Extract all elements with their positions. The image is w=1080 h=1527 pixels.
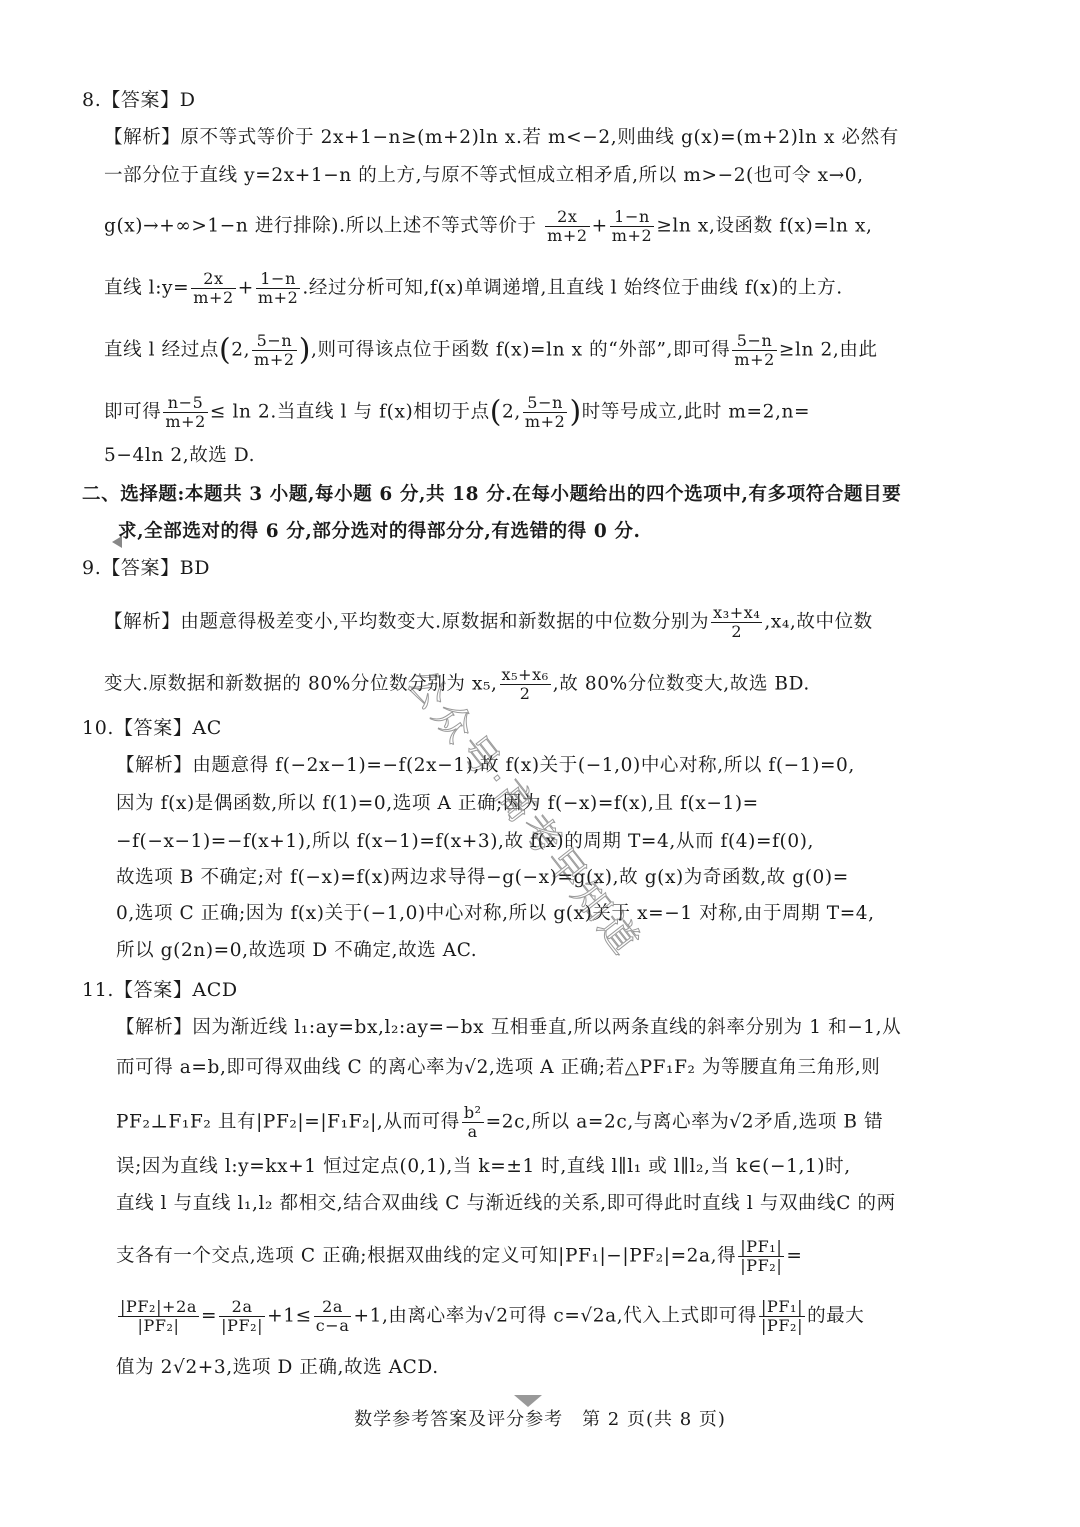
q10-analysis-line-2: 因为 f(x)是偶函数,所以 f(1)=0,选项 A 正确;因为 f(−x)=f… — [116, 790, 759, 818]
q9-answer: 9.【答案】BD — [82, 554, 210, 582]
q10-analysis-line-5: 0,选项 C 正确;因为 f(x)关于(−1,0)中心对称,所以 g(x)关于 … — [116, 900, 875, 928]
fraction: 5−nm+2 — [732, 332, 777, 369]
fraction: 2xm+2 — [545, 208, 590, 245]
fraction: 1−nm+2 — [610, 208, 655, 245]
q8-analysis-line-5: 直线 l 经过点(2,5−nm+2),则可得该点位于函数 f(x)=ln x 的… — [104, 332, 878, 369]
fraction: x₃+x₄2 — [711, 604, 762, 641]
q11-analysis-line-3: PF₂⊥F₁F₂ 且有|PF₂|=|F₁F₂|,从而可得b²a=2c,所以 a=… — [116, 1104, 883, 1141]
q10-analysis-line-3: −f(−x−1)=−f(x+1),所以 f(x−1)=f(x+3),故 f(x)… — [116, 828, 814, 856]
q10-analysis-line-6: 所以 g(2n)=0,故选项 D 不确定,故选 AC. — [116, 937, 477, 965]
q8-analysis-line-1: 【解析】原不等式等价于 2x+1−n≥(m+2)ln x.若 m<−2,则曲线 … — [104, 124, 899, 152]
fraction: 2ac−a — [314, 1298, 352, 1335]
scan-artifact-arrow — [112, 536, 122, 548]
q8-analysis-line-6: 即可得n−5m+2≤ ln 2.当直线 l 与 f(x)相切于点(2,5−nm+… — [104, 394, 810, 431]
q8-analysis-line-3: g(x)→+∞>1−n 进行排除).所以上述不等式等价于 2xm+2+1−nm+… — [104, 208, 872, 245]
q11-analysis-line-8: 值为 2√2+3,选项 D 正确,故选 ACD. — [116, 1354, 439, 1382]
fraction: |PF₁||PF₂| — [738, 1238, 784, 1275]
fraction: 2xm+2 — [191, 270, 236, 307]
q11-analysis-line-1: 【解析】因为渐近线 l₁:ay=bx,l₂:ay=−bx 互相垂直,所以两条直线… — [116, 1014, 901, 1042]
q11-analysis-line-7: |PF₂|+2a|PF₂|=2a|PF₂|+1≤2ac−a+1,由离心率为√2可… — [116, 1298, 864, 1335]
section-2-instructions-line-2: 求,全部选对的得 6 分,部分选对的得部分分,有选错的得 0 分. — [118, 518, 641, 546]
fraction: 2a|PF₂| — [219, 1298, 265, 1335]
q11-analysis-line-2: 而可得 a=b,即可得双曲线 C 的离心率为√2,选项 A 正确;若△PF₁F₂… — [116, 1054, 880, 1082]
fraction: b²a — [462, 1104, 484, 1141]
fraction: n−5m+2 — [163, 394, 208, 431]
fraction: 1−nm+2 — [256, 270, 301, 307]
fraction: |PF₁||PF₂| — [759, 1298, 805, 1335]
q8-answer: 8.【答案】D — [82, 86, 196, 114]
q11-analysis-line-4: 误;因为直线 l:y=kx+1 恒过定点(0,1),当 k=±1 时,直线 l∥… — [116, 1153, 851, 1181]
q8-analysis-line-2: 一部分位于直线 y=2x+1−n 的上方,与原不等式恒成立相矛盾,所以 m>−2… — [104, 162, 864, 190]
q11-analysis-line-6: 支各有一个交点,选项 C 正确;根据双曲线的定义可知|PF₁|−|PF₂|=2a… — [116, 1238, 802, 1275]
q9-analysis-line-1: 【解析】由题意得极差变小,平均数变大.原数据和新数据的中位数分别为x₃+x₄2,… — [104, 604, 873, 641]
fraction: x₅+x₆2 — [500, 666, 551, 703]
section-2-instructions-line-1: 二、选择题:本题共 3 小题,每小题 6 分,共 18 分.在每小题给出的四个选… — [82, 481, 901, 509]
q10-answer: 10.【答案】AC — [82, 714, 222, 742]
fraction: 5−nm+2 — [523, 394, 568, 431]
q11-answer: 11.【答案】ACD — [82, 976, 238, 1004]
fraction: |PF₂|+2a|PF₂| — [118, 1298, 199, 1335]
q11-analysis-line-5: 直线 l 与直线 l₁,l₂ 都相交,结合双曲线 C 与渐近线的关系,即可得此时… — [116, 1190, 896, 1218]
q8-analysis-line-4: 直线 l:y=2xm+2+1−nm+2.经过分析可知,f(x)单调递增,且直线 … — [104, 270, 843, 307]
document-page: 8.【答案】D 【解析】原不等式等价于 2x+1−n≥(m+2)ln x.若 m… — [0, 0, 1080, 1527]
q8-line3-text: g(x)→+∞>1−n 进行排除).所以上述不等式等价于 — [104, 216, 537, 237]
q8-analysis-line-7: 5−4ln 2,故选 D. — [104, 442, 255, 470]
scan-artifact-triangle — [514, 1395, 542, 1407]
q10-analysis-line-4: 故选项 B 不确定;对 f(−x)=f(x)两边求导得−g(−x)=g(x),故… — [116, 864, 849, 892]
fraction: 5−nm+2 — [252, 332, 297, 369]
page-footer: 数学参考答案及评分参考 第 2 页(共 8 页) — [0, 1405, 1080, 1431]
